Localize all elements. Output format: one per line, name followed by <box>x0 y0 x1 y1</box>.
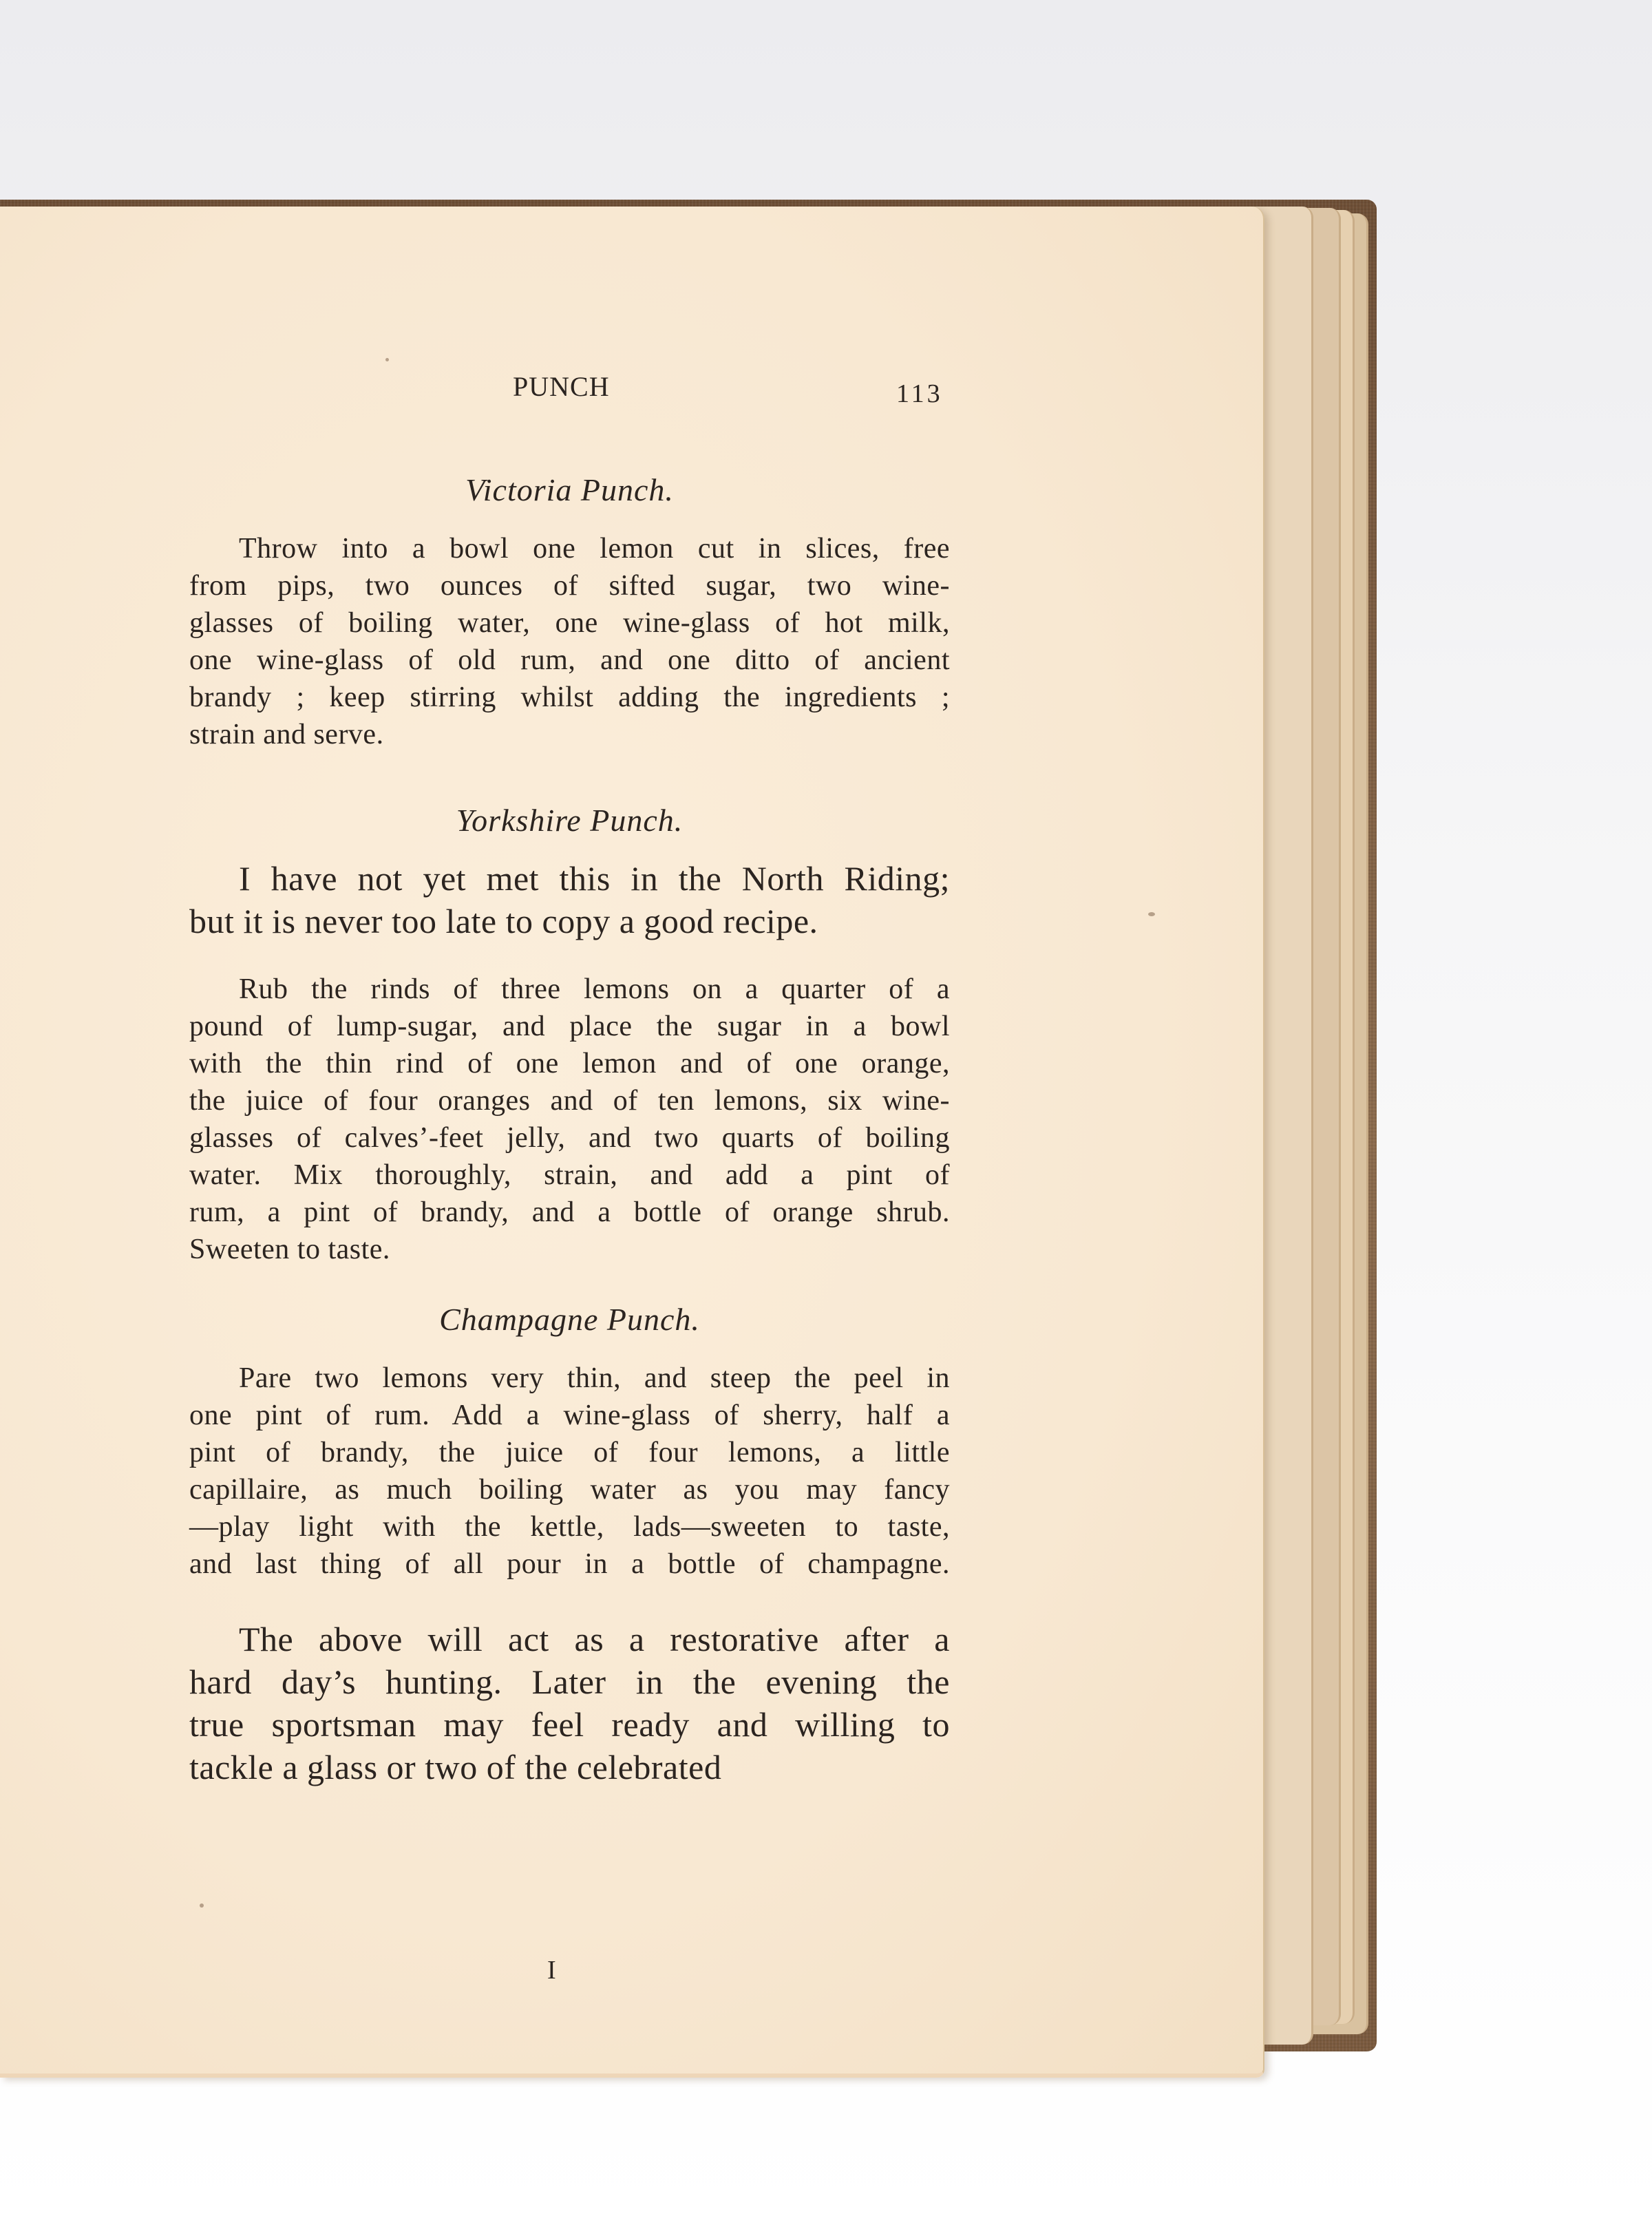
text-line: The above will act as a restorative afte… <box>189 1618 950 1660</box>
text-line: true sportsman may feel ready and willin… <box>189 1703 950 1746</box>
text-line: strain and serve. <box>189 716 950 753</box>
section-heading: Champagne Punch. <box>189 1301 950 1338</box>
text-line: Pare two lemons very thin, and steep the… <box>189 1360 950 1397</box>
text-line: Throw into a bowl one lemon cut in slice… <box>189 530 950 567</box>
paper-speck <box>1148 912 1155 916</box>
running-head-title: PUNCH <box>513 370 610 403</box>
text-line: pound of lump-sugar, and place the sugar… <box>189 1008 950 1045</box>
text-line: I have not yet met this in the North Rid… <box>189 857 950 900</box>
paper-speck <box>200 1903 204 1908</box>
text-line: water. Mix thoroughly, strain, and add a… <box>189 1157 950 1194</box>
book-page: PUNCH 113 Victoria Punch. Throw into a b… <box>0 207 1264 2078</box>
signature-mark: I <box>547 1955 556 1985</box>
paragraph: The above will act as a restorative afte… <box>189 1618 950 1788</box>
section-heading: Yorkshire Punch. <box>189 802 950 838</box>
paragraph: Throw into a bowl one lemon cut in slice… <box>189 530 950 753</box>
page-number: 113 <box>896 379 943 409</box>
text-line: with the thin rind of one lemon and of o… <box>189 1045 950 1082</box>
text-line: Rub the rinds of three lemons on a quart… <box>189 971 950 1008</box>
paragraph: I have not yet met this in the North Rid… <box>189 857 950 942</box>
text-line: Sweeten to taste. <box>189 1231 950 1268</box>
text-line: glasses of boiling water, one wine-glass… <box>189 604 950 642</box>
text-line: and last thing of all pour in a bottle o… <box>189 1545 950 1583</box>
section-heading: Victoria Punch. <box>189 472 950 508</box>
text-line: —play light with the kettle, lads—sweete… <box>189 1508 950 1545</box>
text-line: glasses of calves’-feet jelly, and two q… <box>189 1119 950 1157</box>
paragraph: Rub the rinds of three lemons on a quart… <box>189 971 950 1268</box>
text-line: from pips, two ounces of sifted sugar, t… <box>189 567 950 604</box>
paragraph: Pare two lemons very thin, and steep the… <box>189 1360 950 1583</box>
text-line: capillaire, as much boiling water as you… <box>189 1471 950 1508</box>
paper-speck <box>385 358 389 361</box>
text-line: one wine-glass of old rum, and one ditto… <box>189 642 950 679</box>
text-line: tackle a glass or two of the celebrated <box>189 1746 950 1788</box>
text-line: but it is never too late to copy a good … <box>189 900 950 942</box>
text-line: pint of brandy, the juice of four lemons… <box>189 1434 950 1471</box>
running-head: PUNCH 113 <box>0 370 1263 412</box>
text-line: the juice of four oranges and of ten lem… <box>189 1082 950 1119</box>
text-line: brandy ; keep stirring whilst adding the… <box>189 679 950 716</box>
text-line: rum, a pint of brandy, and a bottle of o… <box>189 1194 950 1231</box>
text-line: one pint of rum. Add a wine-glass of she… <box>189 1397 950 1434</box>
text-line: hard day’s hunting. Later in the evening… <box>189 1660 950 1703</box>
